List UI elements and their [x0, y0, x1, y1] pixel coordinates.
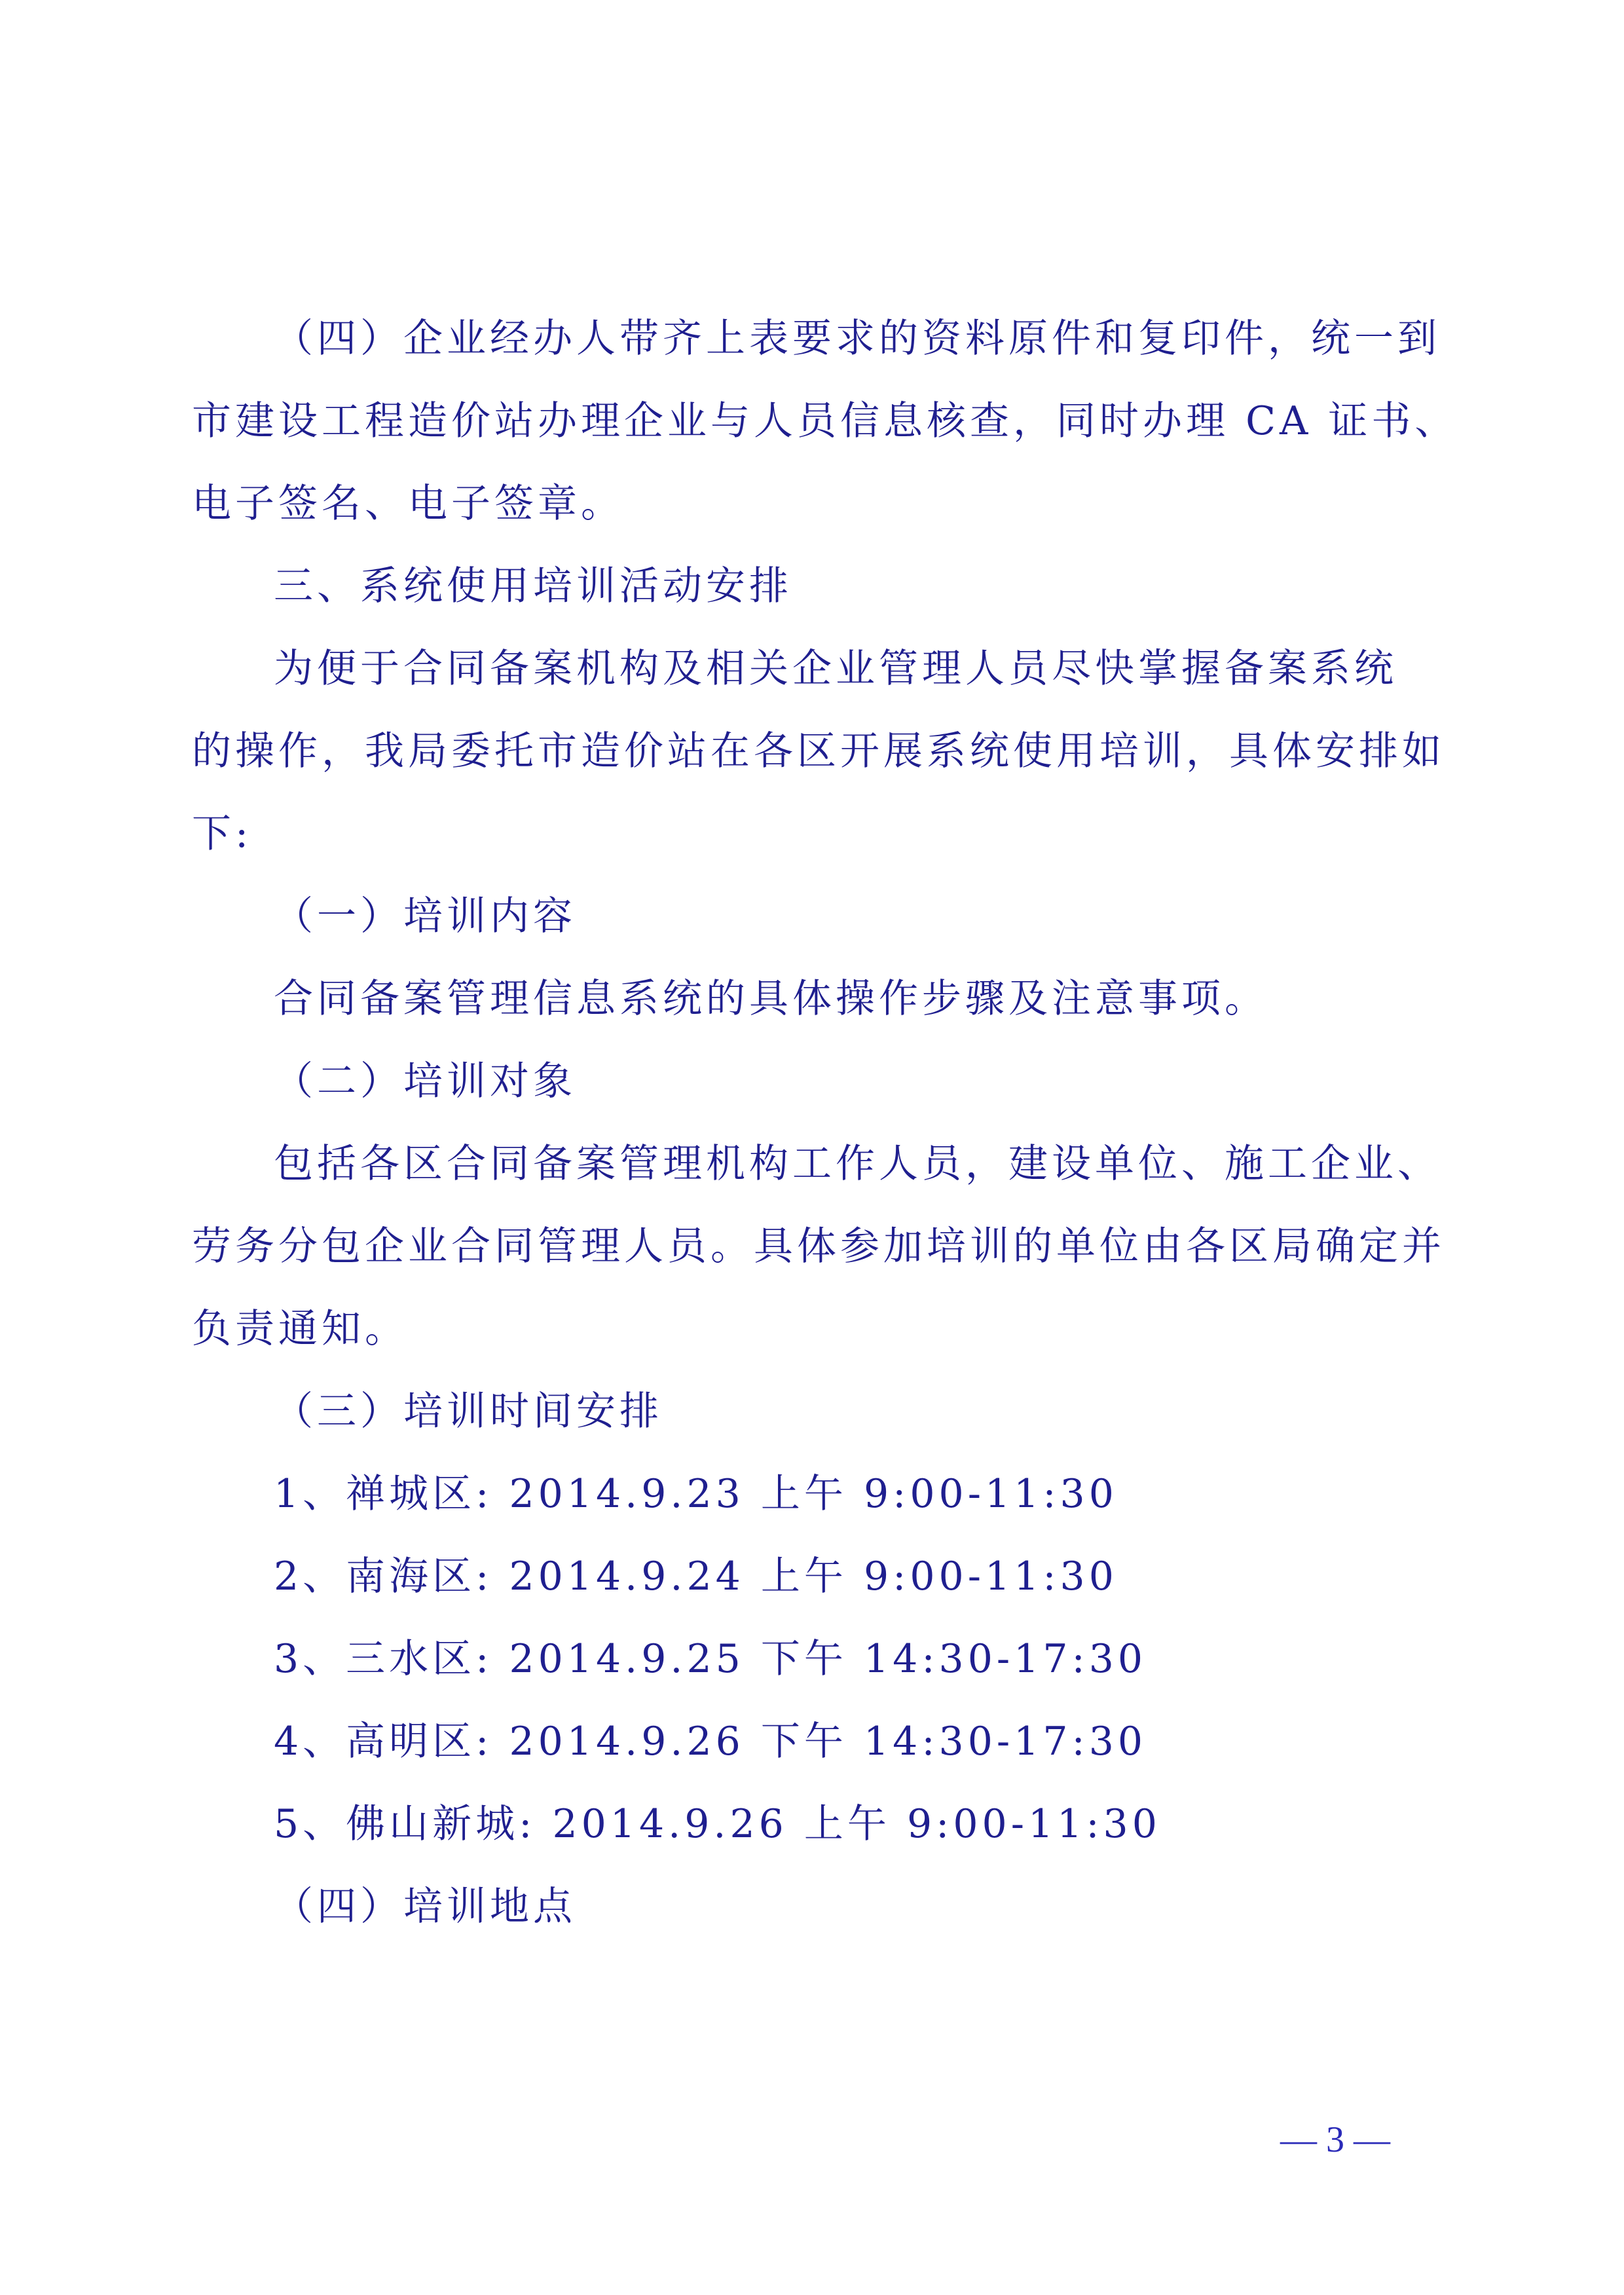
schedule-item: 1、禅城区: 2014.9.23 上午 9:00-11:30 — [274, 1471, 1118, 1517]
subsection-heading: （三）培训时间安排 — [274, 1389, 663, 1434]
schedule-item: 4、高明区: 2014.9.26 下午 14:30-17:30 — [274, 1719, 1147, 1764]
schedule-item: 2、南海区: 2014.9.24 上午 9:00-11:30 — [274, 1554, 1118, 1599]
document-page: （四）企业经办人带齐上表要求的资料原件和复印件，统一到 市建设工程造价站办理企业… — [0, 0, 1624, 2295]
paragraph-line: （四）企业经办人带齐上表要求的资料原件和复印件，统一到 — [274, 316, 1441, 362]
paragraph-line: 劳务分包企业合同管理人员。具体参加培训的单位由各区局确定并 — [192, 1223, 1445, 1269]
paragraph-line: 的操作，我局委托市造价站在各区开展系统使用培训，具体安排如 — [192, 728, 1445, 774]
schedule-item: 3、三水区: 2014.9.25 下午 14:30-17:30 — [274, 1636, 1147, 1682]
subsection-heading: （四）培训地点 — [274, 1884, 576, 1930]
schedule-item: 5、佛山新城: 2014.9.26 上午 9:00-11:30 — [274, 1801, 1161, 1847]
subsection-heading: （一）培训内容 — [274, 893, 576, 939]
paragraph-line: 为便于合同备案机构及相关企业管理人员尽快掌握备案系统 — [274, 646, 1397, 692]
paragraph-line: 下: — [192, 811, 252, 857]
paragraph-line: 包括各区合同备案管理机构工作人员，建设单位、施工企业、 — [274, 1141, 1441, 1187]
paragraph-line: 合同备案管理信息系统的具体操作步骤及注意事项。 — [274, 976, 1268, 1022]
paragraph-line: 市建设工程造价站办理企业与人员信息核查，同时办理 CA 证书、 — [192, 398, 1458, 444]
subsection-heading: （二）培训对象 — [274, 1058, 576, 1104]
page-number: — 3 — — [1280, 2117, 1390, 2163]
paragraph-line: 电子签名、电子签章。 — [192, 481, 624, 527]
section-heading: 三、系统使用培训活动安排 — [274, 563, 792, 609]
paragraph-line: 负责通知。 — [192, 1306, 408, 1352]
